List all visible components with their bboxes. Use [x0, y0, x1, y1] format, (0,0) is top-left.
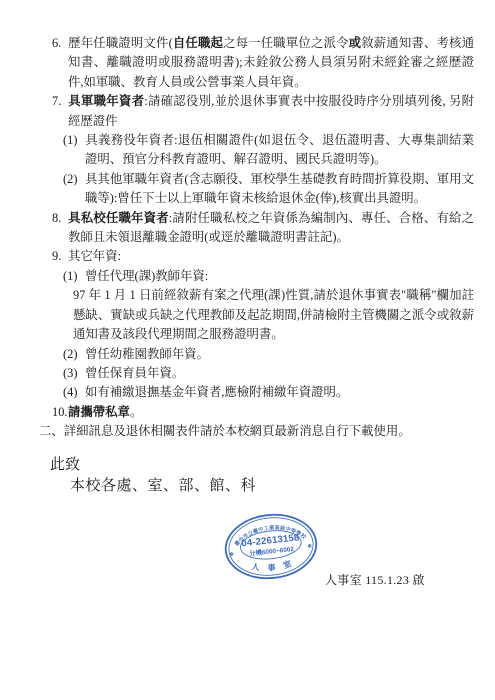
notice-list: 6.歷年任職證明文件(自任職起之每一任職單位之派令或敘薪通知書、考核通知書、離職… — [0, 34, 474, 442]
personnel-office-stamp-seal: 臺中市立臺中工業高級中等學校 04-22613158 分機6000~6002 人… — [221, 508, 321, 584]
closing-block: 此致 本校各處、室、部、館、科 — [0, 455, 474, 497]
item-text: 歷年任職證明文件( — [68, 36, 173, 50]
item-text: 其它年資: — [68, 249, 121, 263]
list-item: (3)曾任保育員年資。 — [0, 364, 474, 383]
list-item: 二、詳細訊息及退休相關表件請於本校網頁最新消息自行下載使用。 — [0, 422, 474, 441]
item-text: 或 — [349, 36, 362, 50]
list-item: (4)如有補繳退撫基金年資者,應檢附補繳年資證明。 — [0, 383, 474, 402]
item-marker: (3) — [63, 364, 85, 383]
item-marker: (2) — [63, 345, 85, 364]
item-text: 如有補繳退撫基金年資者,應檢附補繳年資證明。 — [85, 385, 348, 399]
list-item: 97 年 1 月 1 日前經敘薪有案之代理(課)性質,請於退休事實表"職稱"欄加… — [0, 286, 474, 344]
item-text: 自任職起 — [173, 36, 223, 50]
item-text: 具軍職年資者 — [68, 94, 144, 108]
flower-icon: ✽ — [307, 544, 312, 550]
signature-line: 人事室 115.1.23 啟 — [325, 571, 425, 589]
recipients: 本校各處、室、部、館、科 — [70, 476, 474, 497]
item-marker: (4) — [63, 383, 85, 402]
item-text: 具義務役年資者:退伍相關證件(如退伍令、退伍證明書、大專集訓結業證明、預官分科教… — [85, 133, 474, 166]
list-item: 7.具軍職年資者:請確認役別,並於退休事實表中按服役時序分別填列後, 另附經歷證… — [0, 92, 474, 131]
item-marker: 二、 — [39, 422, 64, 441]
item-marker: (2) — [63, 170, 85, 189]
item-marker: (1) — [63, 267, 85, 286]
list-item: 6.歷年任職證明文件(自任職起之每一任職單位之派令或敘薪通知書、考核通知書、離職… — [0, 34, 474, 92]
item-marker: 8. — [52, 209, 68, 228]
item-marker: (1) — [63, 131, 85, 150]
item-marker: 9. — [52, 247, 68, 266]
stamp-seal-icon: 臺中市立臺中工業高級中等學校 04-22613158 分機6000~6002 人… — [221, 508, 321, 584]
item-text: 曾任幼稚園教師年資。 — [85, 347, 209, 361]
item-text: 具其他軍職年資者(含志願役、軍校學生基礎教育時間折算役期、軍用文職等):曾任下士… — [85, 172, 474, 205]
item-text: 請攜帶私章 — [68, 405, 130, 419]
list-item: (1)具義務役年資者:退伍相關證件(如退伍令、退伍證明書、大專集訓結業證明、預官… — [0, 131, 474, 170]
list-item: 9.其它年資: — [0, 247, 474, 266]
item-marker: 7. — [52, 92, 68, 111]
item-text: 曾任代理(課)教師年資: — [85, 269, 208, 283]
list-item: (2)具其他軍職年資者(含志願役、軍校學生基礎教育時間折算役期、軍用文職等):曾… — [0, 170, 474, 209]
item-text: 具私校任職年資者 — [68, 211, 169, 225]
salutation: 此致 — [50, 455, 474, 476]
item-text: 97 年 1 月 1 日前經敘薪有案之代理(課)性質,請於退休事實表"職稱"欄加… — [73, 288, 474, 341]
document-page: 6.歷年任職證明文件(自任職起之每一任職單位之派令或敘薪通知書、考核通知書、離職… — [0, 0, 495, 700]
item-marker: 6. — [52, 34, 68, 53]
list-item: (1)曾任代理(課)教師年資: — [0, 267, 474, 286]
item-marker: 10. — [52, 403, 68, 422]
list-item: 8.具私校任職年資者:請附任職私校之年資係為編制內、專任、合格、有給之教師且未領… — [0, 209, 474, 248]
flower-icon: ✽ — [229, 552, 234, 558]
list-item: (2)曾任幼稚園教師年資。 — [0, 345, 474, 364]
item-text: 曾任保育員年資。 — [85, 366, 184, 380]
item-text: 之每一任職單位之派令 — [223, 36, 349, 50]
item-text: 詳細訊息及退休相關表件請於本校網頁最新消息自行下載使用。 — [64, 424, 411, 438]
item-text: 。 — [130, 405, 142, 419]
list-item: 10.請攜帶私章。 — [0, 403, 474, 422]
